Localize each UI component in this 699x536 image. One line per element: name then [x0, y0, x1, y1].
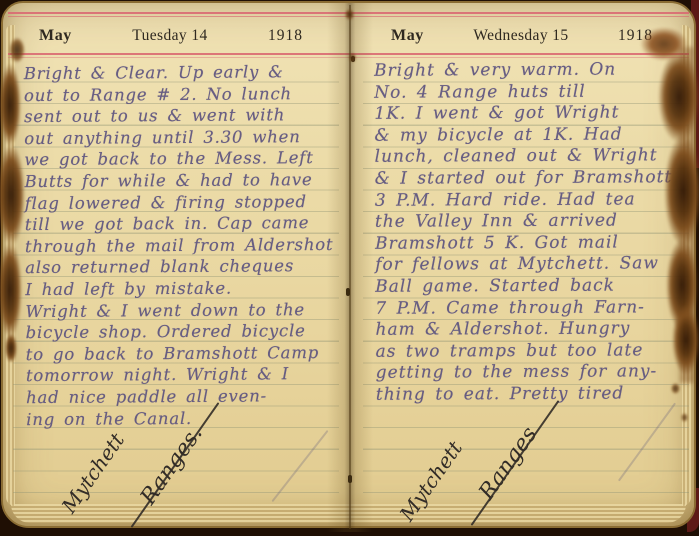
entry-line: we got back to the Mess. Left	[24, 147, 333, 171]
entry-line: ham & Aldershot. Hungry	[375, 318, 673, 341]
entry-line: bicycle shop. Ordered bicycle	[26, 320, 335, 344]
water-damage-blob	[672, 305, 699, 375]
water-damage-blob	[345, 9, 354, 20]
entry-line: out anything until 3.30 when	[24, 126, 333, 150]
entry-line: tomorrow night. Wright & I	[26, 363, 335, 387]
water-damage-blob	[5, 333, 17, 363]
binding-stitch	[346, 288, 350, 296]
entry-line: sent out to us & went with	[24, 104, 333, 128]
entry-line: & my bicycle at 1K. Had	[374, 124, 672, 147]
entry-line: getting to the mess for any-	[376, 362, 674, 385]
diary-open-spread: May Tuesday 14 1918 May Wednesday 15 191…	[1, 1, 696, 528]
diary-scan: May Tuesday 14 1918 May Wednesday 15 191…	[0, 0, 699, 536]
water-damage-blob	[658, 51, 699, 143]
binding-stitch	[348, 475, 352, 483]
entry-line: Bright & very warm. On	[374, 59, 672, 82]
water-damage-blob	[681, 413, 688, 422]
entry-line: to go back to Bramshott Camp	[26, 342, 335, 366]
diary-entry-left: Bright & Clear. Up early & out to Range …	[24, 61, 335, 430]
water-damage-blob	[671, 383, 680, 394]
entry-line: 1K. I went & got Wright	[374, 102, 672, 125]
water-damage-blob	[664, 135, 699, 247]
entry-line: through the mail from Aldershot	[25, 234, 334, 258]
entry-line: for fellows at Mytchett. Saw	[375, 254, 673, 277]
entry-line: thing to eat. Pretty tired	[376, 383, 674, 406]
diary-entry-right: Bright & very warm. On No. 4 Range huts …	[374, 59, 673, 406]
gutter-fold-line	[349, 5, 351, 529]
entry-line: out to Range # 2. No lunch	[24, 83, 333, 107]
entry-line: 7 P.M. Came through Farn-	[375, 297, 673, 320]
entry-line: I had left by mistake.	[25, 277, 334, 301]
month-label: May	[391, 27, 424, 45]
entry-line: as two tramps but too late	[376, 340, 674, 363]
day-label: Tuesday 14	[72, 27, 268, 45]
entry-line: lunch, cleaned out & Wright	[375, 146, 673, 169]
entry-line: Ball game. Started back	[375, 275, 673, 298]
entry-line: No. 4 Range huts till	[374, 81, 672, 104]
month-label: May	[39, 27, 72, 45]
entry-line: Bramshott 5 K. Got mail	[375, 232, 673, 255]
page-header-left: May Tuesday 14 1918	[31, 24, 325, 48]
year-label: 1918	[268, 27, 303, 45]
water-damage-blob	[640, 27, 688, 61]
entry-line: & I started out for Bramshott	[375, 167, 673, 190]
water-damage-blob	[9, 37, 25, 63]
entry-line: till we got back in. Cap came	[25, 212, 334, 236]
entry-line: Bright & Clear. Up early &	[24, 61, 333, 85]
entry-line: ing on the Canal.	[26, 406, 335, 430]
page-header-right: May Wednesday 15 1918	[383, 24, 675, 48]
entry-line: Wright & I went down to the	[25, 298, 334, 322]
entry-line: Butts for while & had to have	[24, 169, 333, 193]
entry-line: 3 P.M. Hard ride. Had tea	[375, 189, 673, 212]
entry-line: also returned blank cheques	[25, 255, 334, 279]
day-label: Wednesday 15	[424, 27, 618, 45]
water-damage-blob	[349, 53, 356, 62]
entry-line: flag lowered & firing stopped	[25, 190, 334, 214]
entry-line: the Valley Inn & arrived	[375, 210, 673, 233]
entry-line: had nice paddle all even-	[26, 385, 335, 409]
